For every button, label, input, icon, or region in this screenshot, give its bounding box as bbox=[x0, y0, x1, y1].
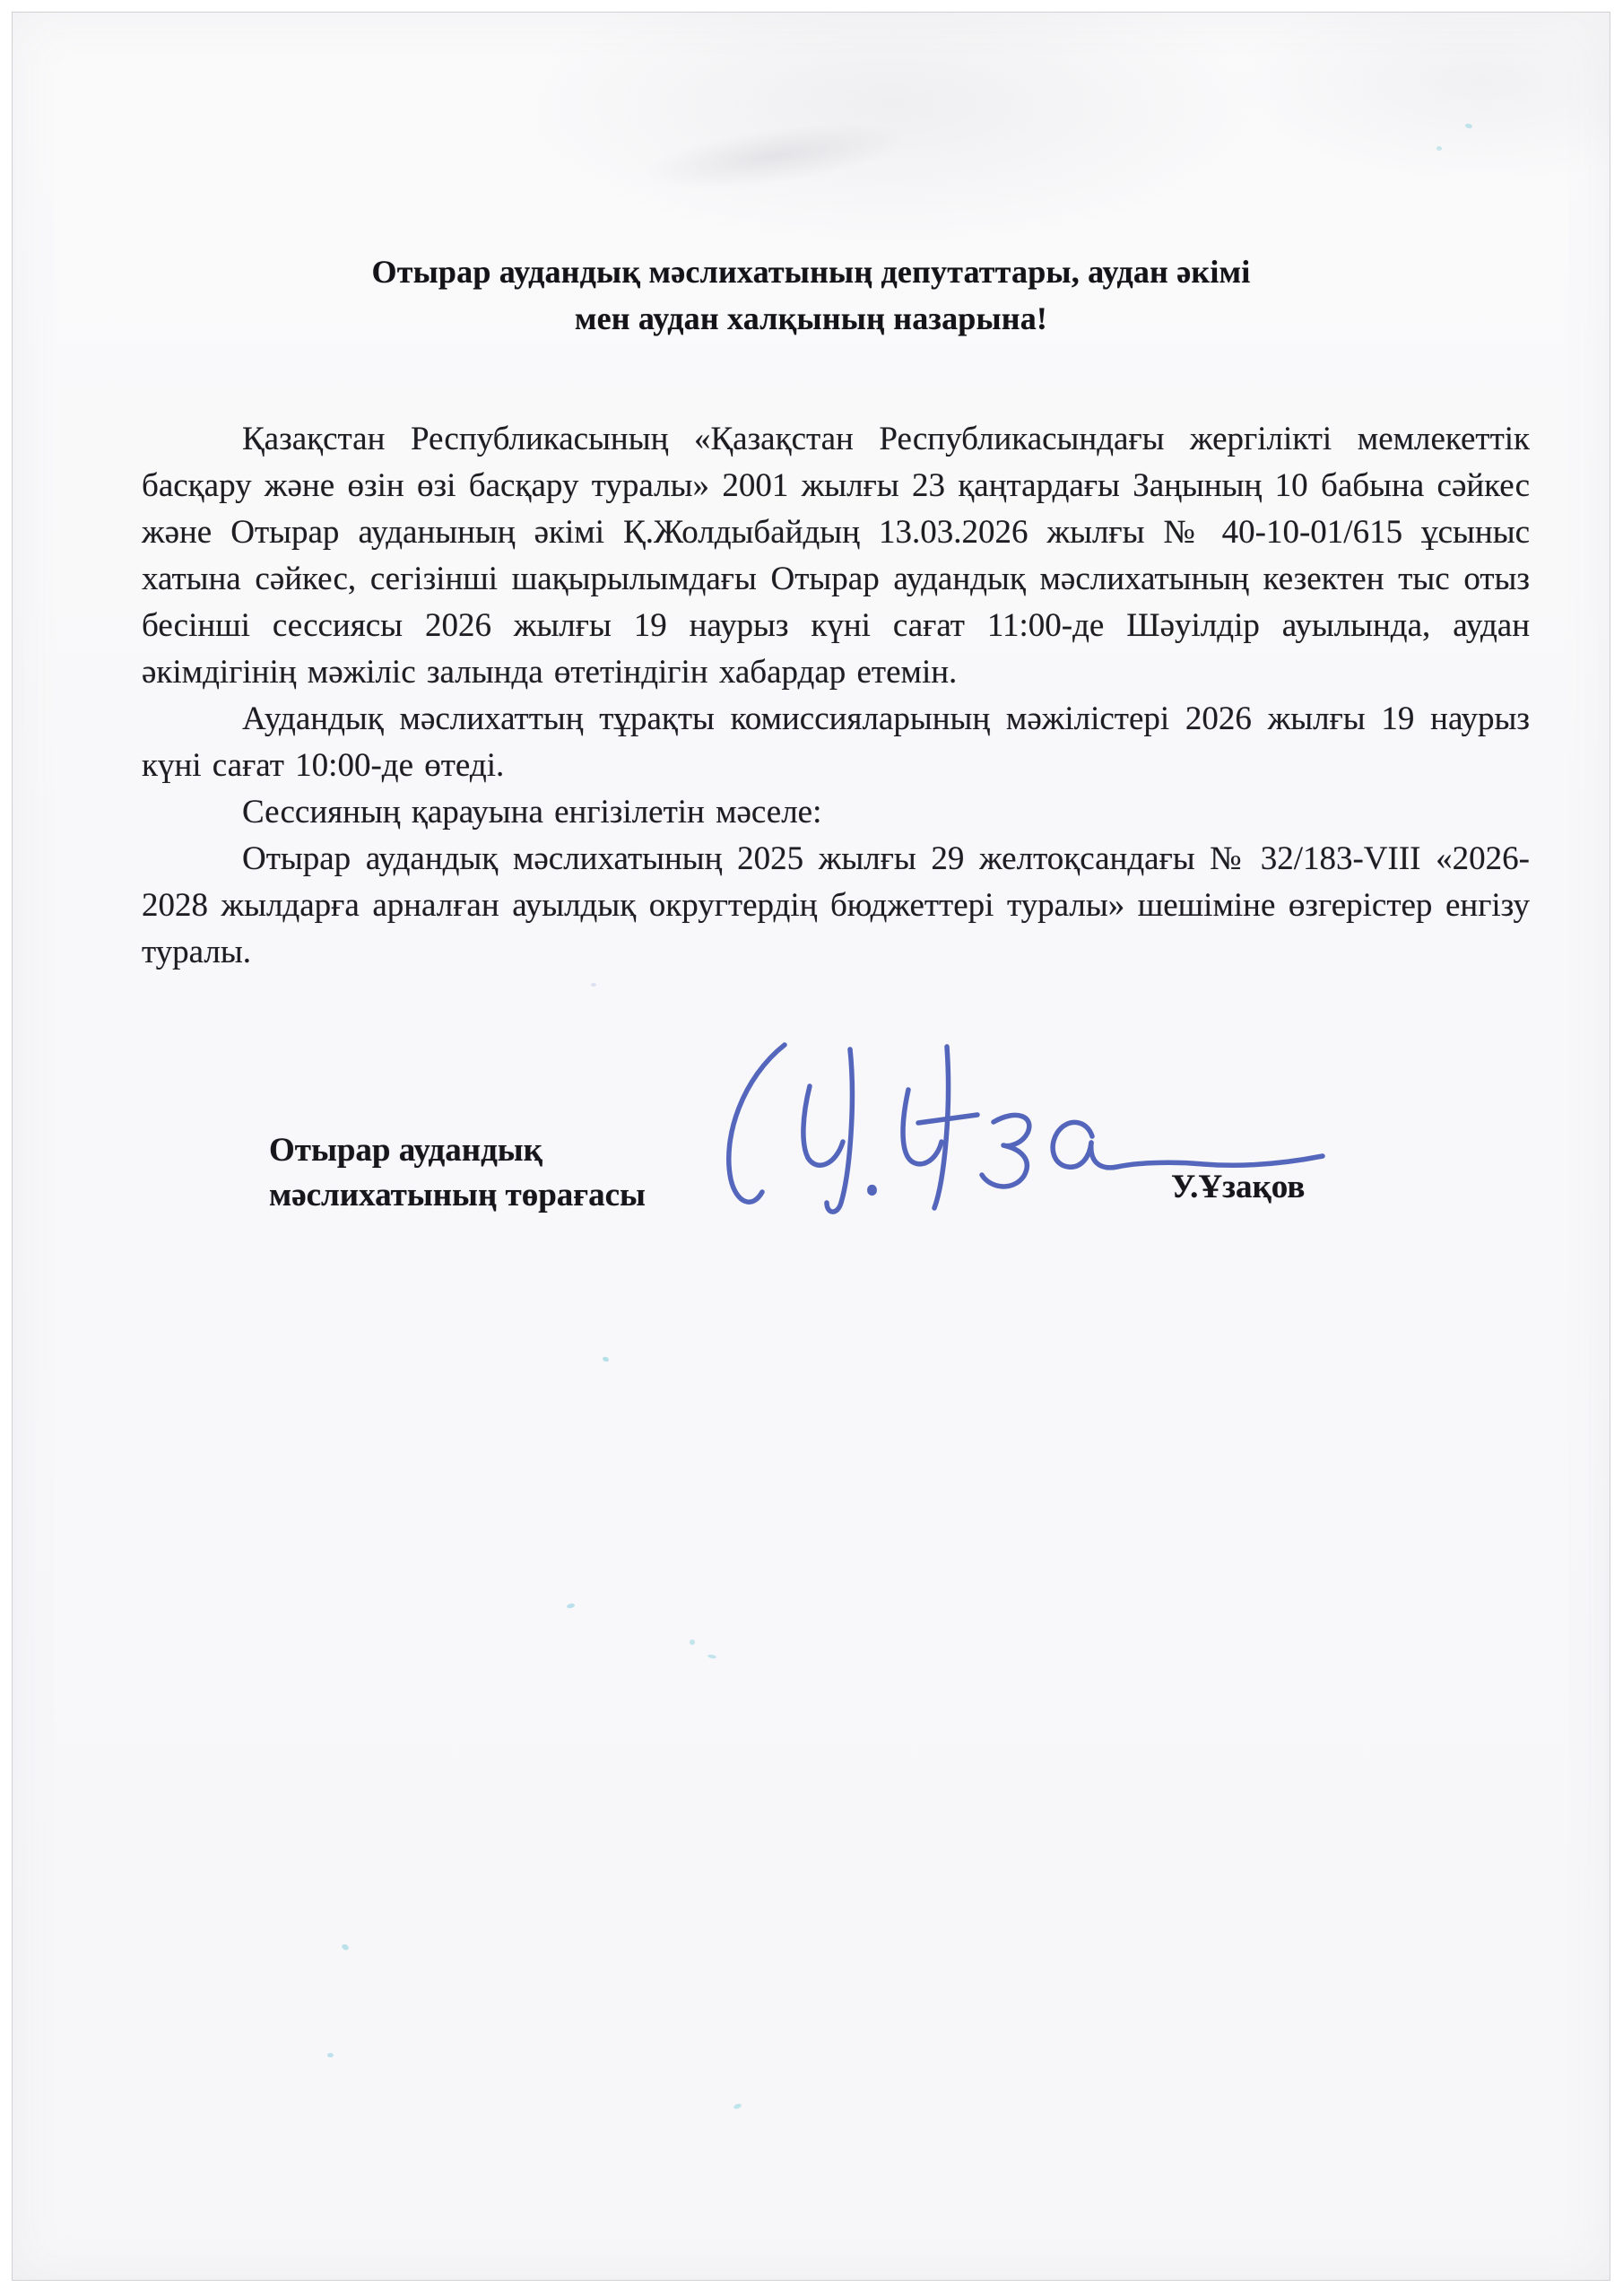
signature-role: Отырар аудандық мәслихатының төрағасы bbox=[269, 1128, 646, 1218]
body-paragraph-2: Аудандық мәслихаттың тұрақты комиссиялар… bbox=[142, 696, 1530, 789]
body-paragraph-3: Сессияның қарауына енгізілетін мәселе: bbox=[142, 789, 1530, 836]
scan-speck bbox=[1464, 123, 1472, 129]
page-title: Отырар аудандық мәслихатының депутаттары… bbox=[13, 248, 1610, 342]
signature-role-line-2: мәслихатының төрағасы bbox=[269, 1173, 646, 1218]
paper-sheet: Отырар аудандық мәслихатының депутаттары… bbox=[12, 12, 1610, 2281]
body-paragraph-4: Отырар аудандық мәслихатының 2025 жылғы … bbox=[142, 836, 1530, 976]
scan-speck bbox=[1436, 146, 1442, 151]
scan-speck bbox=[327, 2053, 334, 2057]
paper-crease bbox=[580, 72, 969, 239]
scan-speck bbox=[707, 1654, 717, 1659]
scanned-letter-page: { "document": { "language": "kk", "title… bbox=[0, 0, 1623, 2296]
scan-speck bbox=[690, 1639, 695, 1645]
signature-role-line-1: Отырар аудандық bbox=[269, 1128, 646, 1173]
scan-speck bbox=[602, 1356, 609, 1362]
scan-speck bbox=[567, 1603, 576, 1609]
scan-speck bbox=[591, 983, 596, 987]
page-title-line-2: мен аудан халқының назарына! bbox=[13, 295, 1610, 342]
scan-speck bbox=[733, 2103, 742, 2110]
page-title-line-1: Отырар аудандық мәслихатының депутаттары… bbox=[13, 248, 1610, 295]
signature-name: У.Ұзақов bbox=[1171, 1168, 1305, 1206]
letter-body: Қазақстан Республикасының «Қазақстан Рес… bbox=[142, 416, 1530, 976]
scan-speck bbox=[341, 1943, 350, 1951]
body-paragraph-1: Қазақстан Республикасының «Қазақстан Рес… bbox=[142, 416, 1530, 696]
